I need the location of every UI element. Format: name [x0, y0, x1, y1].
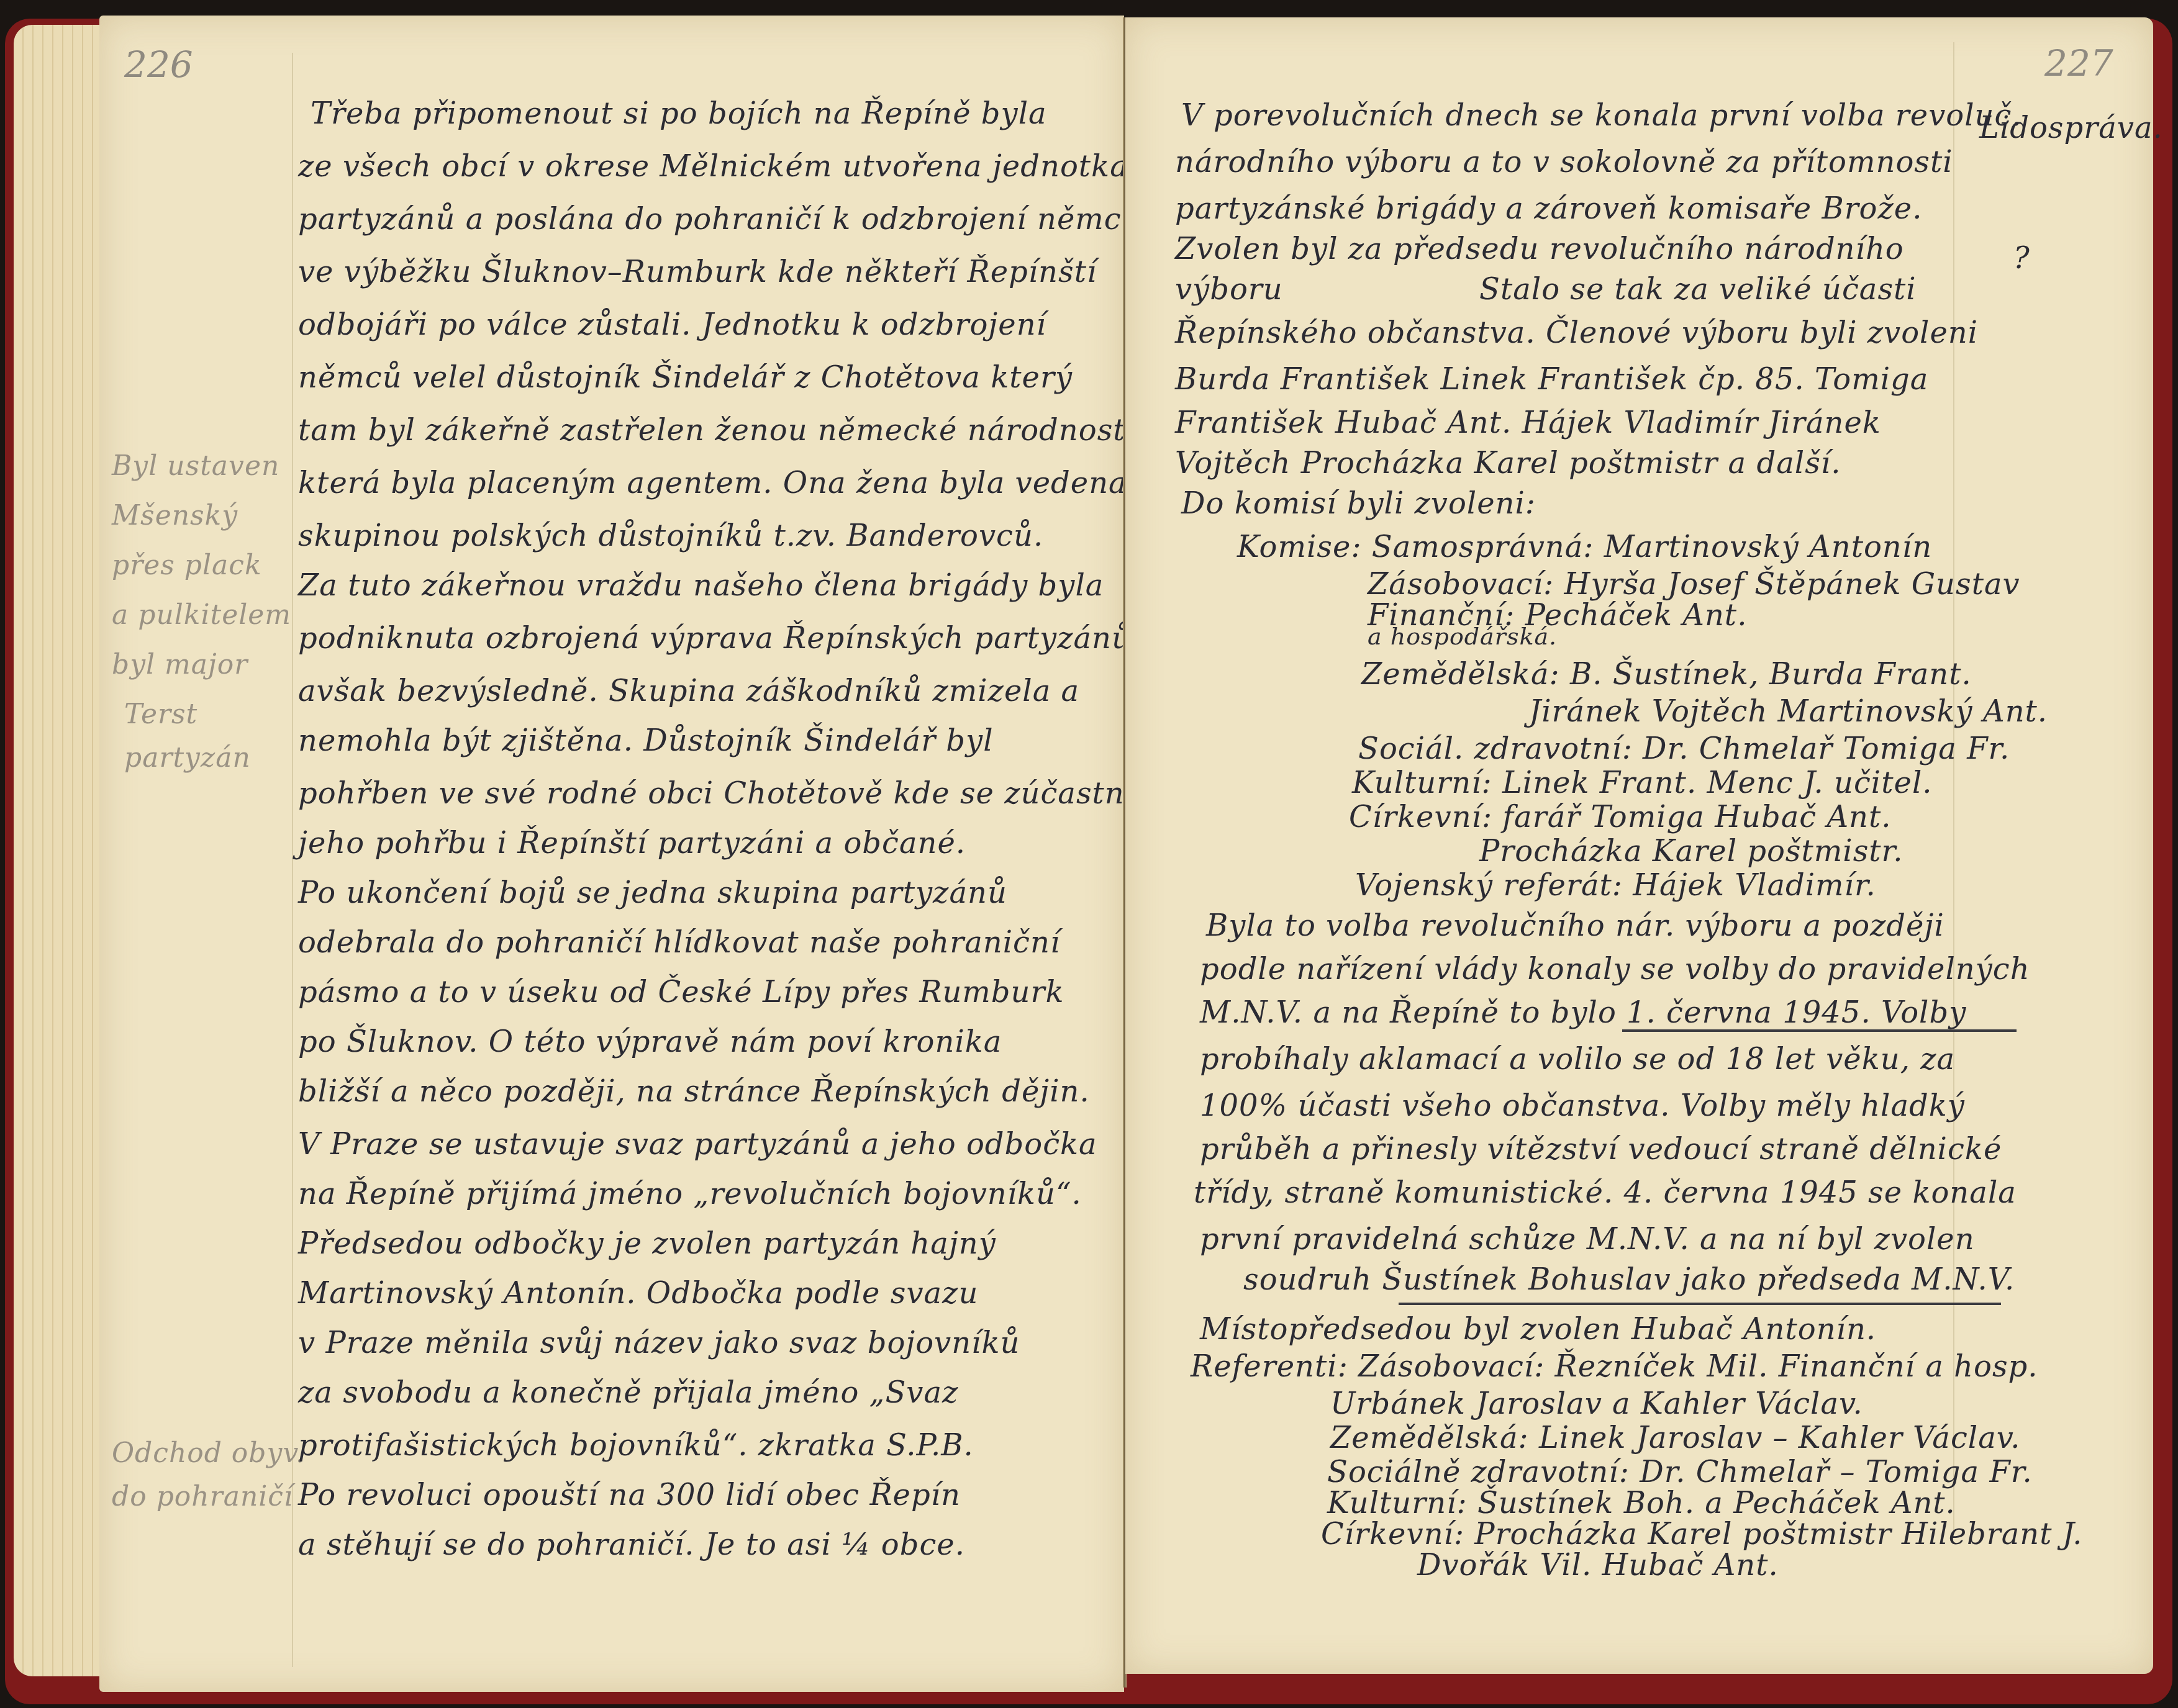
margin-note: a pulkitelem — [112, 599, 291, 631]
text-line: Byla to volba revolučního nár. výboru a … — [1206, 908, 1944, 943]
text-line: pohřben ve své rodné obci Chotětově kde … — [298, 776, 1155, 811]
text-line: Jiránek Vojtěch Martinovský Ant. — [1529, 694, 2048, 729]
text-line: podle nařízení vlády konaly se volby do … — [1200, 952, 2030, 987]
text-line: soudruh Šustínek Bohuslav jako předseda … — [1243, 1262, 2015, 1297]
text-line: němců velel důstojník Šindelář z Chotěto… — [298, 360, 1073, 395]
text-line: pásmo a to v úseku od České Lípy přes Ru… — [298, 975, 1064, 1010]
text-line: skupinou polských důstojníků t.zv. Bande… — [298, 518, 1043, 553]
margin-note: Terst — [124, 698, 197, 730]
right-page: 227 Lidospráva. ? V porevolučních dnech … — [1125, 17, 2153, 1674]
text-line: Komise: Samosprávná: Martinovský Antonín — [1237, 530, 1932, 564]
margin-note: ? — [2013, 241, 2030, 276]
text-line: po Šluknov. O této výpravě nám poví kron… — [298, 1024, 1002, 1059]
text-line: nemohla být zjištěna. Důstojník Šindelář… — [298, 723, 994, 758]
text-line: Třeba připomenout si po bojích na Řepíně… — [311, 96, 1047, 131]
text-line: Kulturní: Šustínek Boh. a Pecháček Ant. — [1327, 1486, 1956, 1520]
text-line: která byla placeným agentem. Ona žena by… — [298, 466, 1127, 500]
margin-rule — [1953, 42, 1954, 1532]
text-line: Zemědělská: Linek Jaroslav – Kahler Václ… — [1330, 1421, 2021, 1455]
text-line: na Řepíně přijímá jméno „revolučních boj… — [298, 1177, 1082, 1211]
text-line: podniknuta ozbrojená výprava Řepínských … — [298, 621, 1132, 656]
text-line: Zemědělská: B. Šustínek, Burda Frant. — [1361, 657, 1972, 692]
underline — [1399, 1303, 2001, 1305]
text-line: průběh a přinesly vítězství vedoucí stra… — [1200, 1132, 2002, 1167]
text-line: Místopředsedou byl zvolen Hubač Antonín. — [1200, 1312, 1876, 1347]
margin-rule — [292, 53, 293, 1667]
margin-note: byl major — [112, 649, 248, 680]
text-line: za svobodu a konečně přijala jméno „Svaz — [298, 1375, 958, 1410]
text-line: Církevní: farář Tomiga Hubač Ant. — [1349, 800, 1892, 834]
page-number: 226 — [124, 43, 193, 86]
margin-note: Mšenský — [112, 500, 238, 531]
text-line: Za tuto zákeřnou vraždu našeho člena bri… — [298, 568, 1104, 603]
text-line: V porevolučních dnech se konala první vo… — [1181, 98, 2022, 133]
text-line: třídy, straně komunistické. 4. června 19… — [1194, 1175, 2017, 1210]
text-line: Sociálně zdravotní: Dr. Chmelař – Tomiga… — [1327, 1455, 2033, 1489]
text-line: partyzánské brigády a zároveň komisaře B… — [1175, 191, 1922, 226]
text-line: Po revoluci opouští na 300 lidí obec Řep… — [298, 1478, 961, 1512]
text-line: národního výboru a to v sokolovně za pří… — [1175, 145, 1953, 179]
text-line: Řepínského občanstva. Členové výboru byl… — [1175, 315, 1978, 350]
text-line: Martinovský Antonín. Odbočka podle svazu — [298, 1276, 978, 1311]
text-line: Předsedou odbočky je zvolen partyzán haj… — [298, 1226, 996, 1261]
text-line: avšak bezvýsledně. Skupina záškodníků zm… — [298, 674, 1079, 708]
text-line: a hospodářská. — [1368, 623, 1557, 650]
margin-note: partyzán — [124, 742, 251, 774]
margin-note: přes plack — [112, 549, 262, 581]
text-line: Dvořák Vil. Hubač Ant. — [1417, 1548, 1779, 1583]
left-page: 226 Byl ustaven Mšenský přes plack a pul… — [99, 16, 1124, 1692]
text-line: Stalo se tak za veliké účasti — [1479, 272, 1917, 307]
text-line: Burda František Linek František čp. 85. … — [1175, 362, 1928, 397]
text-line: Vojtěch Procházka Karel poštmistr a dalš… — [1175, 446, 1841, 481]
text-line: protifašistických bojovníků“. zkratka S.… — [298, 1428, 974, 1463]
text-line: bližší a něco později, na stránce Řepíns… — [298, 1074, 1090, 1109]
text-line: v Praze měnila svůj název jako svaz bojo… — [298, 1326, 1020, 1360]
text-line: jeho pohřbu i Řepínští partyzáni a občan… — [298, 826, 966, 861]
text-line: Zásobovací: Hyrša Josef Štěpánek Gustav — [1368, 567, 2020, 602]
underline — [1622, 1029, 2017, 1032]
text-line: Zvolen byl za předsedu revolučního národ… — [1175, 232, 1904, 266]
text-line: ze všech obcí v okrese Mělnickém utvořen… — [298, 149, 1128, 184]
margin-note: do pohraničí — [112, 1481, 293, 1512]
text-line: Sociál. zdravotní: Dr. Chmelař Tomiga Fr… — [1358, 731, 2010, 766]
page-number: 227 — [2044, 42, 2113, 84]
text-line: Po ukončení bojů se jedna skupina partyz… — [298, 875, 1007, 910]
text-line: Referenti: Zásobovací: Řezníček Mil. Fin… — [1191, 1349, 2038, 1384]
text-line: Urbánek Jaroslav a Kahler Václav. — [1330, 1386, 1863, 1421]
page-edges — [14, 25, 107, 1676]
text-line: výboru — [1175, 272, 1283, 307]
text-line: probíhaly aklamací a volilo se od 18 let… — [1200, 1042, 1955, 1077]
text-line: Do komisí byli zvoleni: — [1181, 486, 1536, 521]
text-line: Vojenský referát: Hájek Vladimír. — [1355, 868, 1876, 903]
text-line: partyzánů a poslána do pohraničí k odzbr… — [298, 202, 1141, 237]
text-line: odbojáři po válce zůstali. Jednotku k od… — [298, 307, 1046, 342]
text-line: Kulturní: Linek Frant. Menc J. učitel. — [1352, 766, 1932, 800]
text-line: ve výběžku Šluknov–Rumburk kde někteří Ř… — [298, 255, 1097, 289]
text-line: Církevní: Procházka Karel poštmistr Hile… — [1321, 1517, 2083, 1552]
margin-note: Odchod obyv. — [112, 1437, 305, 1469]
text-line: 100% účasti všeho občanstva. Volby měly … — [1200, 1088, 1965, 1123]
text-line: Procházka Karel poštmistr. — [1479, 834, 1903, 869]
text-line: a stěhují se do pohraničí. Je to asi ¼ o… — [298, 1527, 965, 1562]
margin-note: Byl ustaven — [112, 450, 279, 482]
text-line: tam byl zákeřně zastřelen ženou německé … — [298, 413, 1136, 448]
text-line: František Hubač Ant. Hájek Vladimír Jirá… — [1175, 405, 1881, 440]
text-line: odebrala do pohraničí hlídkovat naše poh… — [298, 925, 1060, 960]
text-line: V Praze se ustavuje svaz partyzánů a jeh… — [298, 1127, 1097, 1162]
text-line: M.N.V. a na Řepíně to bylo 1. června 194… — [1200, 995, 1966, 1030]
text-line: první pravidelná schůze M.N.V. a na ní b… — [1200, 1222, 1975, 1257]
